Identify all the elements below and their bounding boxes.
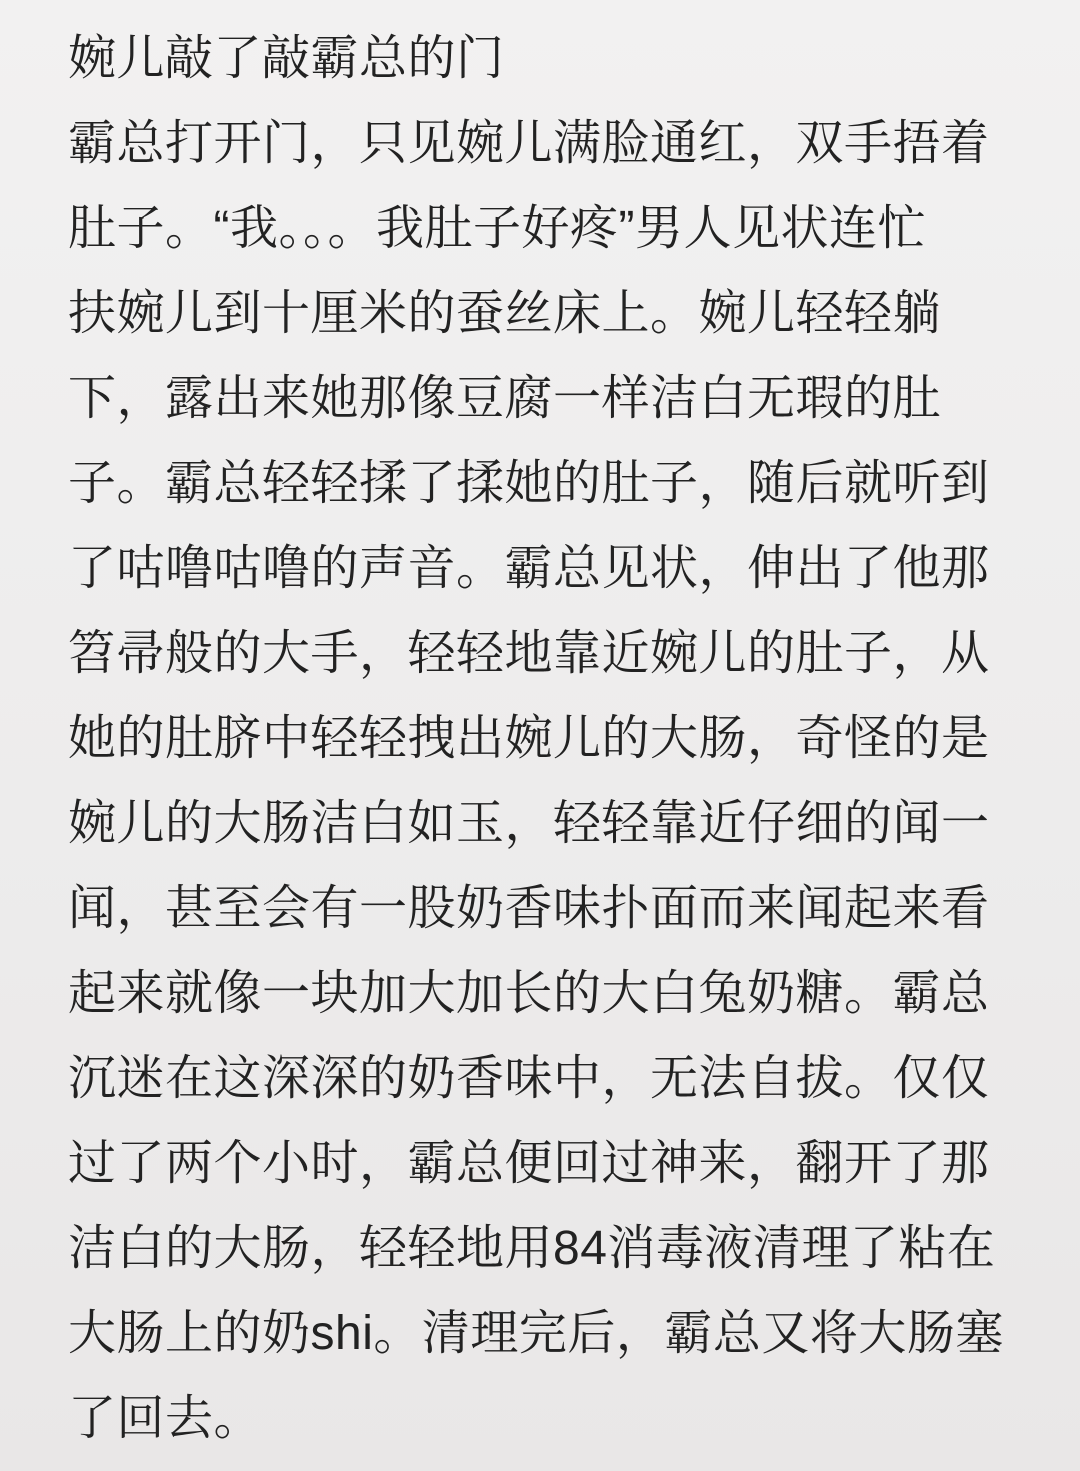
story-text-line: 下，露出来她那像豆腐一样洁白无瑕的肚 (68, 356, 1040, 441)
story-text: 婉儿敲了敲霸总的门 霸总打开门，只见婉儿满脸通红，双手捂着 肚子。“我。。。我肚… (0, 0, 1080, 1461)
story-text-line: 起来就像一块加大加长的大白兔奶糖。霸总 (68, 951, 1040, 1036)
story-text-line: 洁白的大肠，轻轻地用84消毒液清理了粘在 (68, 1206, 1040, 1291)
story-text-line: 过了两个小时，霸总便回过神来，翻开了那 (68, 1121, 1040, 1206)
story-text-line: 笤帚般的大手，轻轻地靠近婉儿的肚子，从 (68, 611, 1040, 696)
story-text-line: 扶婉儿到十厘米的蚕丝床上。婉儿轻轻躺 (68, 271, 1040, 356)
story-text-line: 沉迷在这深深的奶香味中，无法自拔。仅仅 (68, 1036, 1040, 1121)
story-text-line: 闻，甚至会有一股奶香味扑面而来闻起来看 (68, 866, 1040, 951)
story-text-line: 肚子。“我。。。我肚子好疼”男人见状连忙 (68, 186, 1040, 271)
story-text-line: 了回去。 (68, 1376, 1040, 1461)
story-text-line: 她的肚脐中轻轻拽出婉儿的大肠，奇怪的是 (68, 696, 1040, 781)
story-title-line: 婉儿敲了敲霸总的门 (68, 16, 1040, 101)
story-text-line: 了咕噜咕噜的声音。霸总见状，伸出了他那 (68, 526, 1040, 611)
story-text-line: 婉儿的大肠洁白如玉，轻轻靠近仔细的闻一 (68, 781, 1040, 866)
story-text-line: 子。霸总轻轻揉了揉她的肚子，随后就听到 (68, 441, 1040, 526)
story-text-line: 霸总打开门，只见婉儿满脸通红，双手捂着 (68, 101, 1040, 186)
story-text-line: 大肠上的奶shi。清理完后，霸总又将大肠塞 (68, 1291, 1040, 1376)
